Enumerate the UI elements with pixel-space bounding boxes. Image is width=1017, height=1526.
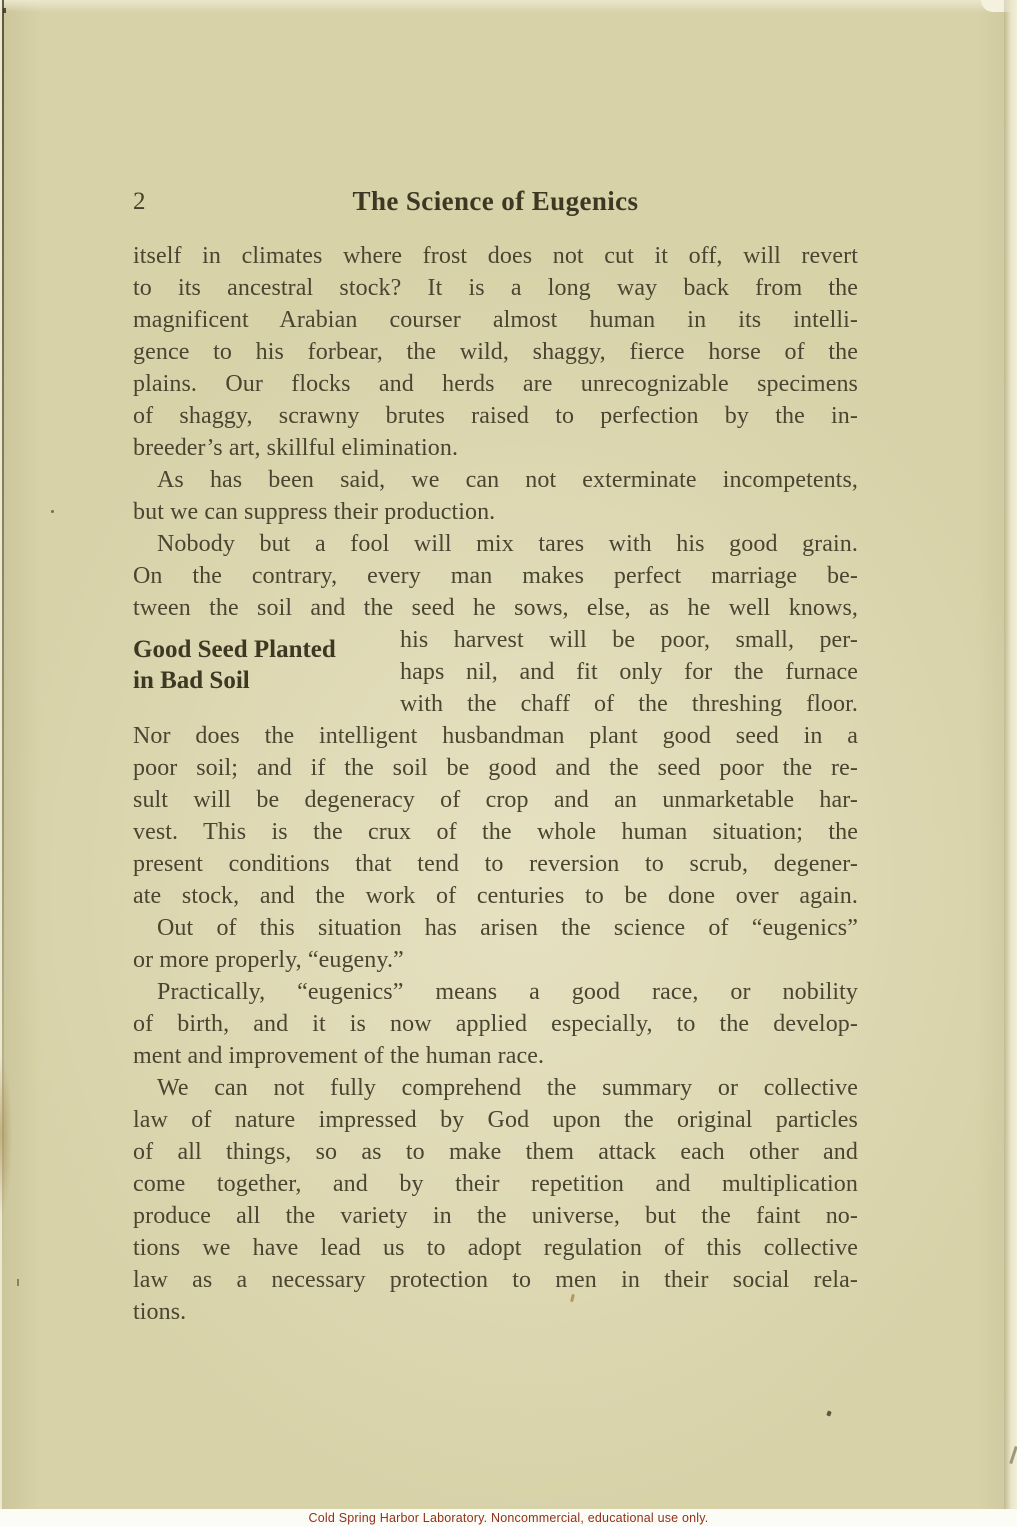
paragraph: Nor does the intelligent husbandman plan… (133, 720, 858, 912)
text-line: breeder’s art, skillful elimination. (133, 432, 858, 464)
footer: Cold Spring Harbor Laboratory. Noncommer… (0, 1509, 1017, 1526)
text-line: law as a necessary protection to men in … (133, 1264, 858, 1296)
text-line: tions we have lead us to adopt regulatio… (133, 1232, 858, 1264)
paragraph: his harvest will be poor, small, per-hap… (400, 624, 858, 720)
paragraph: We can not fully comprehend the summary … (133, 1072, 858, 1328)
binding-smudge (0, 1055, 12, 1215)
text-line: present conditions that tend to reversio… (133, 848, 858, 880)
text-line: to its ancestral stock? It is a long way… (133, 272, 858, 304)
text-line: haps nil, and fit only for the furnace (400, 656, 858, 688)
text-line: come together, and by their repetition a… (133, 1168, 858, 1200)
text-line: We can not fully comprehend the summary … (133, 1072, 858, 1104)
text-line: Out of this situation has arisen the sci… (133, 912, 858, 944)
text-line: vest. This is the crux of the whole huma… (133, 816, 858, 848)
text-line: of birth, and it is now applied especial… (133, 1008, 858, 1040)
paragraph: Out of this situation has arisen the sci… (133, 912, 858, 976)
text-line: Nor does the intelligent husbandman plan… (133, 720, 858, 752)
text-line: On the contrary, every man makes perfect… (133, 560, 858, 592)
page-header: 2 The Science of Eugenics (133, 186, 858, 220)
text-line: sult will be degeneracy of crop and an u… (133, 784, 858, 816)
text-line: poor soil; and if the soil be good and t… (133, 752, 858, 784)
sidehead-line: in Bad Soil (133, 665, 336, 696)
footer-credit: Cold Spring Harbor Laboratory. Noncommer… (309, 1511, 709, 1525)
text-line: law of nature impressed by God upon the … (133, 1104, 858, 1136)
sidehead: Good Seed Planted in Bad Soil (133, 634, 336, 696)
text-line: or more properly, “eugeny.” (133, 944, 858, 976)
text-line: tween the soil and the seed he sows, els… (133, 592, 858, 624)
page-top-edge (0, 0, 1017, 12)
text-line: Nobody but a fool will mix tares with hi… (133, 528, 858, 560)
page-title: The Science of Eugenics (133, 186, 858, 217)
text-line: Practically, “eugenics” means a good rac… (133, 976, 858, 1008)
book-page-scan: 2 The Science of Eugenics Good Seed Plan… (0, 0, 1017, 1526)
text-line: itself in climates where frost does not … (133, 240, 858, 272)
sidehead-line: Good Seed Planted (133, 634, 336, 665)
paragraph: As has been said, we can not exterminate… (133, 464, 858, 528)
page-right-edge (1004, 0, 1017, 1526)
paragraph: Nobody but a fool will mix tares with hi… (133, 528, 858, 624)
paper-speck (826, 1410, 831, 1416)
text-line: As has been said, we can not exterminate… (133, 464, 858, 496)
text-line: of all things, so as to make them attack… (133, 1136, 858, 1168)
page-text: Good Seed Planted in Bad Soil itself in … (133, 240, 858, 1328)
text-line: ment and improvement of the human race. (133, 1040, 858, 1072)
paper-speck (17, 1279, 19, 1286)
paper-speck (51, 510, 54, 513)
text-line: his harvest will be poor, small, per- (400, 624, 858, 656)
paragraph: itself in climates where frost does not … (133, 240, 858, 464)
paragraph: Practically, “eugenics” means a good rac… (133, 976, 858, 1072)
text-line: plains. Our flocks and herds are unrecog… (133, 368, 858, 400)
text-line: magnificent Arabian courser almost human… (133, 304, 858, 336)
text-line: produce all the variety in the universe,… (133, 1200, 858, 1232)
text-line: tions. (133, 1296, 858, 1328)
page-number: 2 (133, 188, 146, 216)
text-line: but we can suppress their production. (133, 496, 858, 528)
text-line: of shaggy, scrawny brutes raised to perf… (133, 400, 858, 432)
text-line: gence to his forbear, the wild, shaggy, … (133, 336, 858, 368)
text-line: ate stock, and the work of centuries to … (133, 880, 858, 912)
text-line: with the chaff of the threshing floor. (400, 688, 858, 720)
